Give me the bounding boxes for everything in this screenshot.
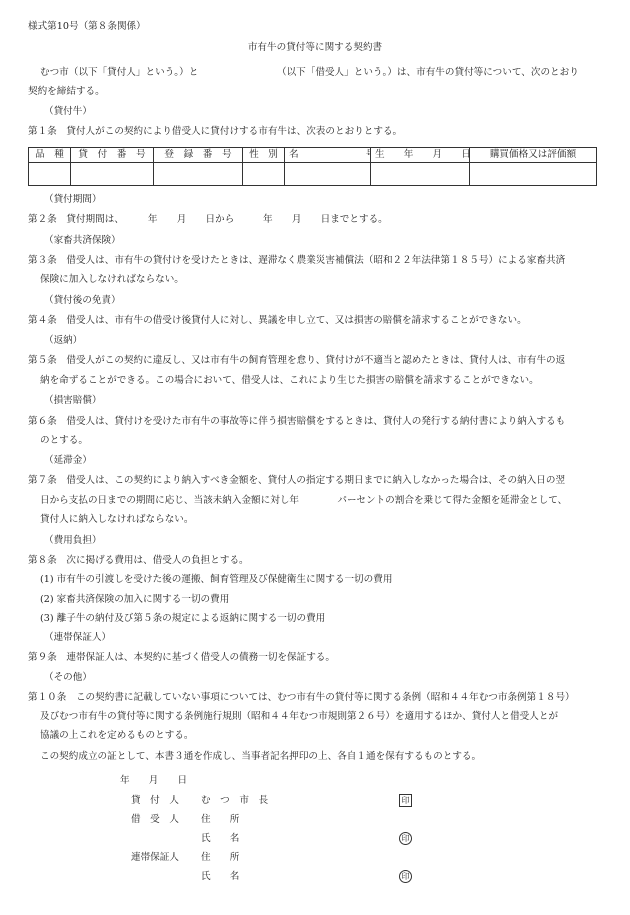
borrower-label: 借 受 人 [131,815,179,825]
cell-price[interactable] [470,163,597,186]
preamble-line1b: （以下「借受人」という。）は、市有牛の貸付等について、次のとおり [277,68,579,78]
article-8-item-3: (3) 離子牛の納付及び第５条の規定による返納に関する一切の費用 [40,614,325,624]
lender-seal-icon: 印 [399,794,412,807]
document-title: 市有牛の貸付等に関する契約書 [0,43,630,53]
article-8-item-2: (2) 家畜共済保険の加入に関する一切の費用 [40,595,229,605]
cell-loan-number[interactable] [71,163,154,186]
cell-registration-number[interactable] [154,163,243,186]
article-9-text: 第９条 連帯保証人は、本契約に基づく借受人の債務一切を保証する。 [28,653,335,663]
article-4-text: 第４条 借受人は、市有牛の借受け後貸付人に対し、異議を申し立て、又は損害の賠償を… [28,316,527,326]
col-header-birthdate: 生 年 月 日 [371,148,470,163]
guarantor-address-label: 住 所 [201,853,239,863]
article-10-text-2: 及びむつ市有牛の貸付等に関する条例施行規則（昭和４４年むつ市規則第２６号）を適用… [40,712,558,722]
closing-statement: この契約成立の証として、本書３通を作成し、当事者記名押印の上、各自１通を保有する… [40,752,481,762]
form-number: 様式第10号（第８条関係） [28,22,146,32]
article-3-text-2: 保険に加入しなければならない。 [40,275,184,285]
guarantor-name-label: 氏 名 [201,872,239,882]
article-1-text: 第１条 貸付人がこの契約により借受人に貸付けする市有牛は、次表のとおりとする。 [28,127,402,137]
article-10-heading: （その他） [44,673,92,683]
col-header-price: 購買価格又は評価額 [470,148,597,163]
article-7-text-3: 貸付人に納入しなければならない。 [40,515,194,525]
article-9-heading: （連帯保証人） [44,633,111,643]
guarantor-seal-icon: 印 [399,870,412,883]
article-8-heading: （費用負担） [44,536,102,546]
col-header-sex: 性 別 [243,148,285,163]
cattle-table: 品 種 貸 付 番 号 登 録 番 号 性 別 名 号 生 年 月 日 購買価格… [28,147,597,186]
borrower-address-label: 住 所 [201,815,239,825]
article-2-heading: （貸付期間） [44,195,102,205]
article-5-text-2: 納を命ずることができる。この場合において、借受人は、これにより生じた損害の賠償を… [40,376,539,386]
cell-sex[interactable] [243,163,285,186]
article-4-heading: （貸付後の免責） [44,296,121,306]
article-6-heading: （損害賠償） [44,396,102,406]
article-8-text: 第８条 次に掲げる費用は、借受人の負担とする。 [28,556,249,566]
lender-label: 貸 付 人 [131,796,179,806]
article-7-text-1: 第７条 借受人は、この契約により納入すべき金額を、貸付人の指定する期日までに納入… [28,476,565,486]
article-8-item-1: (1) 市有牛の引渡しを受けた後の運搬、飼育管理及び保健衛生に関する一切の費用 [40,575,392,585]
col-header-loan-number: 貸 付 番 号 [71,148,154,163]
article-2-text: 第２条 貸付期間は、 年 月 日から 年 月 日までとする。 [28,215,388,225]
col-header-breed: 品 種 [29,148,71,163]
article-1-heading: （貸付牛） [44,107,92,117]
borrower-name-label: 氏 名 [201,834,239,844]
article-6-text-1: 第６条 借受人は、貸付けを受けた市有牛の事故等に伴う損害賠償をするときは、貸付人… [28,417,565,427]
signature-date[interactable]: 年 月 日 [120,776,187,786]
preamble-line2: 契約を締結する。 [28,87,105,97]
borrower-seal-icon: 印 [399,832,412,845]
col-header-name: 名 号 [285,148,371,163]
col-header-registration-number: 登 録 番 号 [154,148,243,163]
article-3-text-1: 第３条 借受人は、市有牛の貸付けを受けたときは、遅滞なく農業災害補償法（昭和２２… [28,256,565,266]
cell-name[interactable] [285,163,371,186]
guarantor-label: 連帯保証人 [131,853,179,863]
article-5-heading: （返納） [44,336,82,346]
article-10-text-3: 協議の上これを定めるものとする。 [40,731,194,741]
article-6-text-2: のとする。 [40,436,88,446]
article-10-text-1: 第１０条 この契約書に記載していない事項については、むつ市有牛の貸付等に関する条… [28,693,575,703]
lender-value: む つ 市 長 [201,796,268,806]
cell-breed[interactable] [29,163,71,186]
preamble-line1a: むつ市（以下「貸付人」という。）と [40,68,198,78]
table-row [29,163,597,186]
article-7-heading: （延滞金） [44,456,92,466]
article-3-heading: （家畜共済保険） [44,236,121,246]
cell-birthdate[interactable] [371,163,470,186]
article-5-text-1: 第５条 借受人がこの契約に違反し、又は市有牛の飼育管理を怠り、貸付けが不適当と認… [28,356,565,366]
article-7-text-2: 日から支払の日までの期間に応じ、当該未納入金額に対し年 パーセントの割合を乗じて… [40,496,567,506]
